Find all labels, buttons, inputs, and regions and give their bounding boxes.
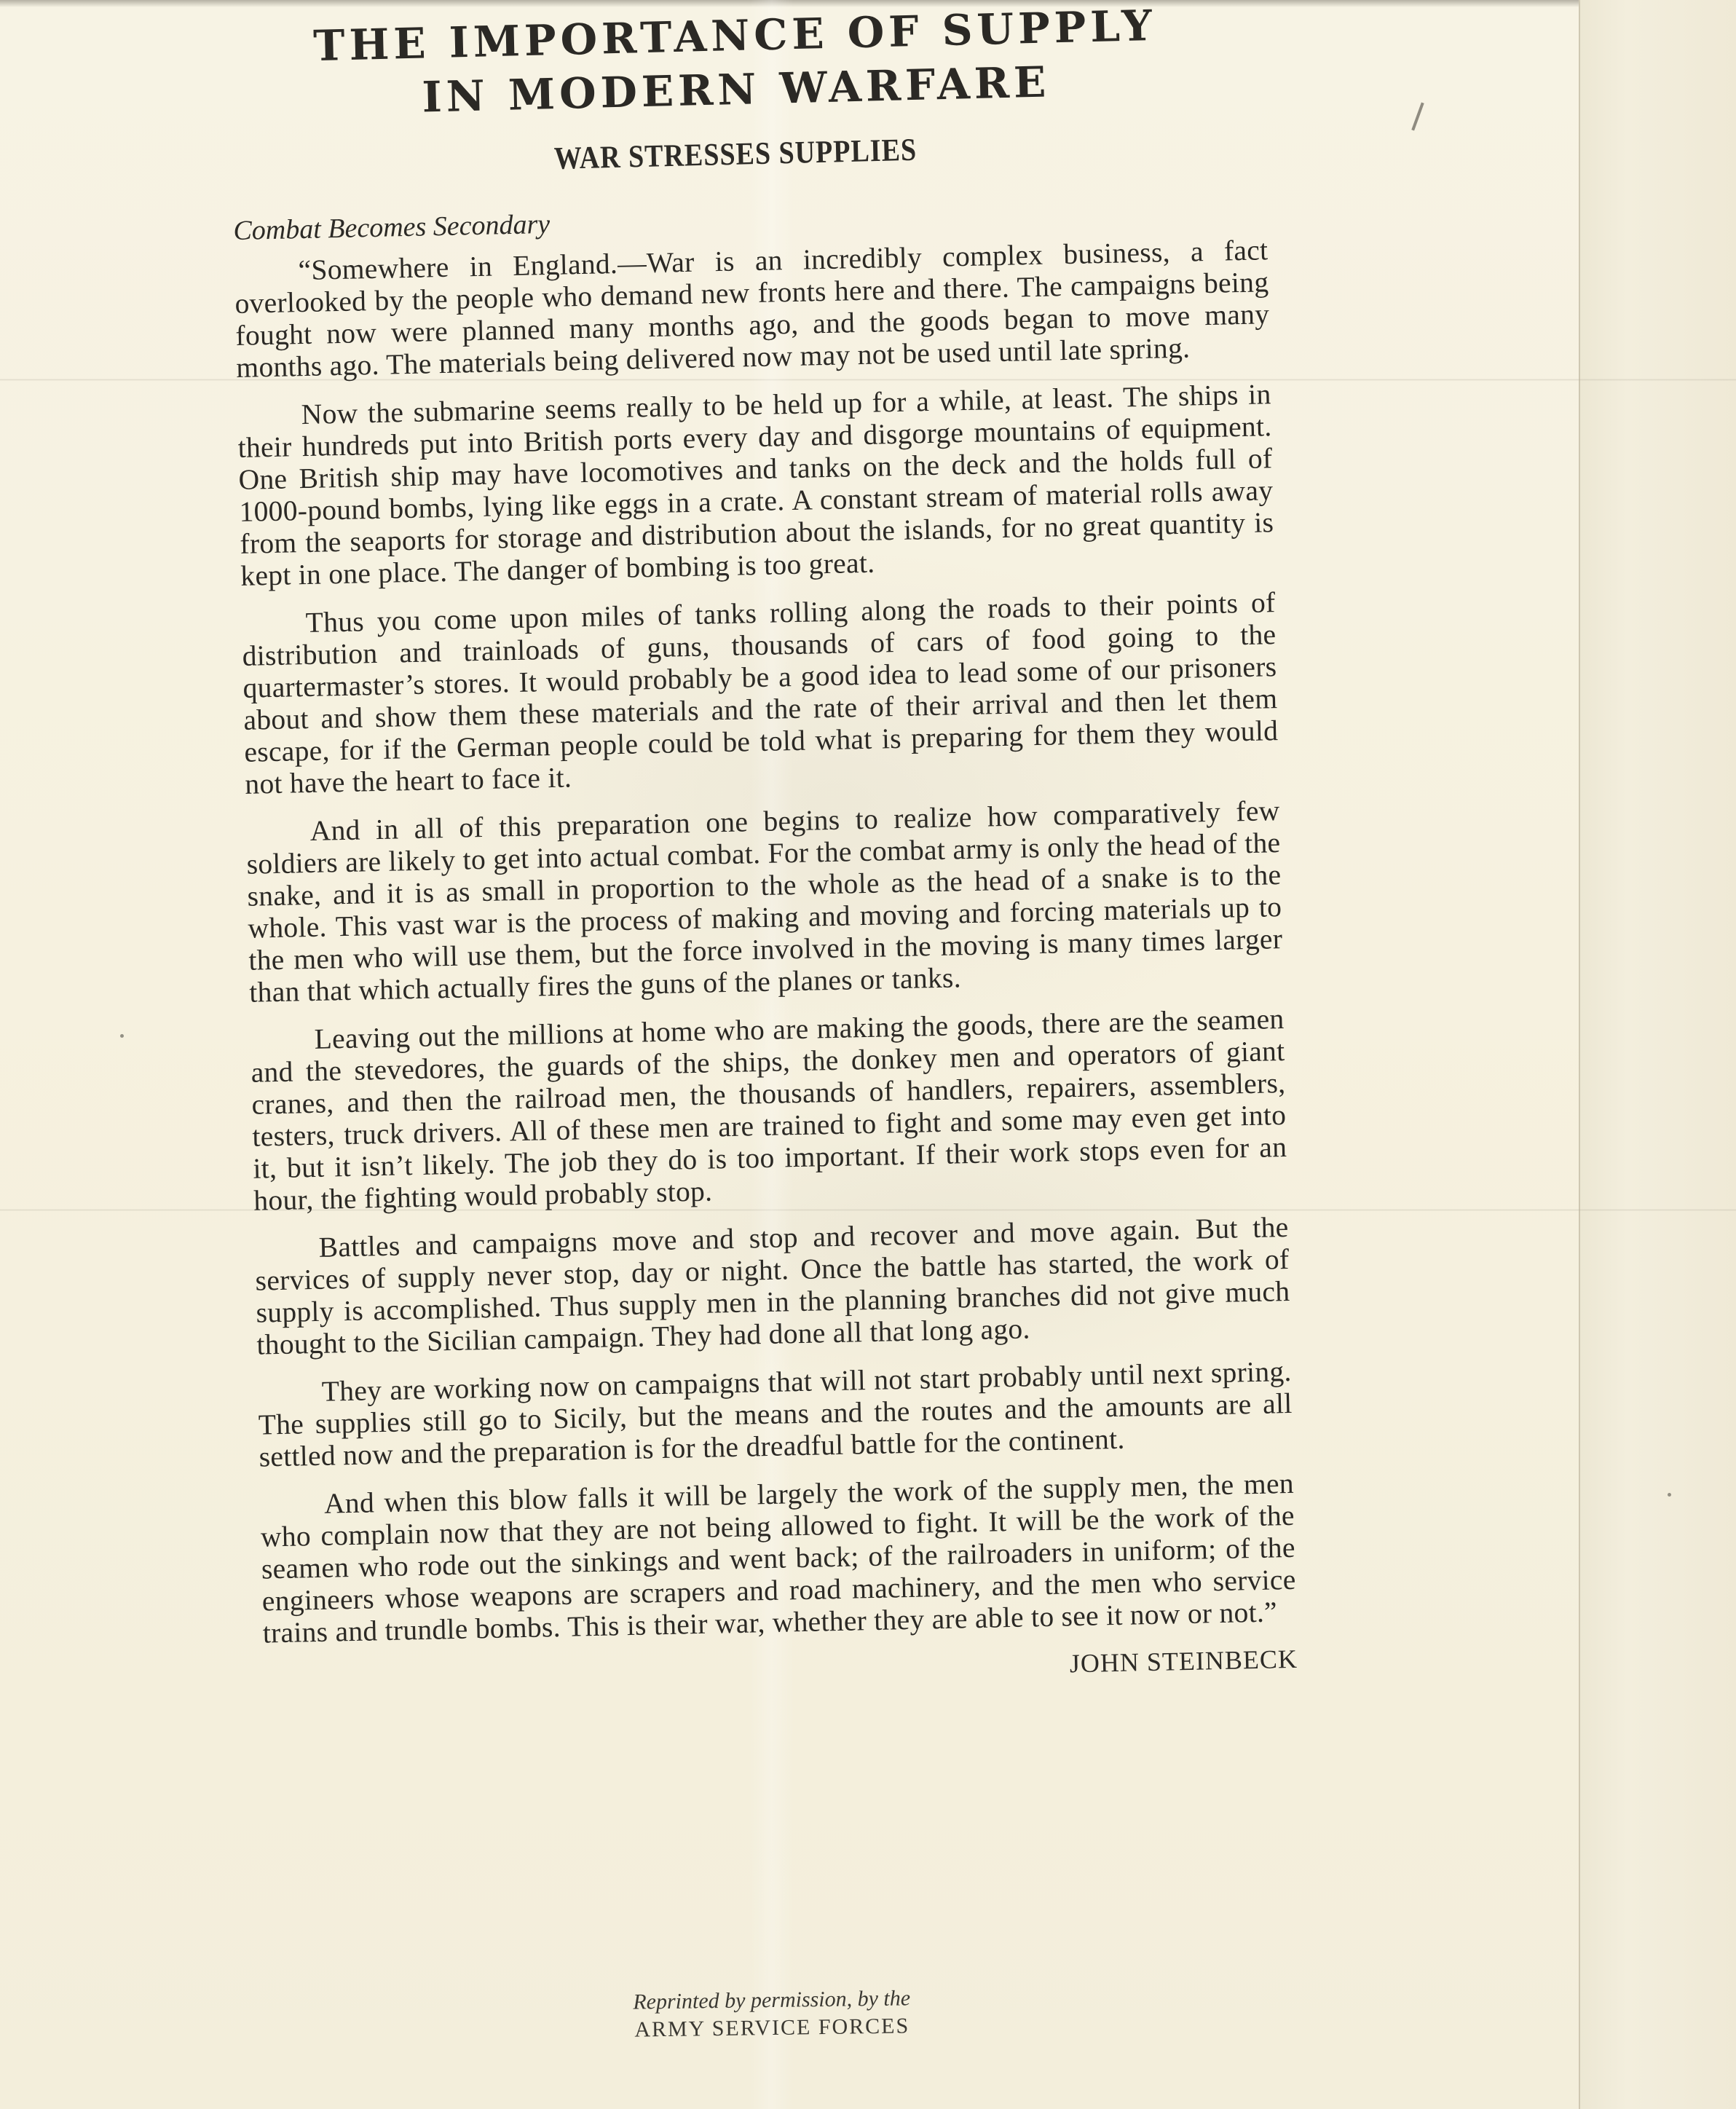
paragraph: And when this blow falls it will be larg… [260, 1467, 1297, 1649]
scanned-page: THE IMPORTANCE OF SUPPLY IN MODERN WARFA… [0, 0, 1736, 2109]
pen-mark [1411, 103, 1424, 131]
document-title: THE IMPORTANCE OF SUPPLY IN MODERN WARFA… [261, 0, 1210, 128]
paper-speck [120, 1034, 124, 1038]
reprint-credit: Reprinted by permission, by the ARMY SER… [568, 1985, 976, 2043]
paper-speck [1668, 1493, 1671, 1497]
folded-paper-panel [1579, 0, 1736, 2109]
credit-line-1: Reprinted by permission, by the [568, 1985, 976, 2016]
paragraph: “Somewhere in England.—War is an incredi… [234, 234, 1270, 384]
paragraph: Battles and campaigns move and stop and … [254, 1211, 1290, 1361]
paragraph: And in all of this preparation one begin… [245, 795, 1283, 1009]
paragraph: Now the submarine seems really to be hel… [237, 378, 1274, 592]
document-subtitle: WAR STRESSES SUPPLIES [408, 128, 1064, 181]
paragraph: Thus you come upon miles of tanks rollin… [241, 586, 1279, 800]
paragraph: Leaving out the millions at home who are… [250, 1003, 1287, 1217]
paragraph: They are working now on campaigns that w… [257, 1355, 1293, 1473]
article-body: Combat Becomes Secondary “Somewhere in E… [233, 193, 1298, 1695]
credit-line-2: ARMY SERVICE FORCES [568, 2013, 976, 2043]
